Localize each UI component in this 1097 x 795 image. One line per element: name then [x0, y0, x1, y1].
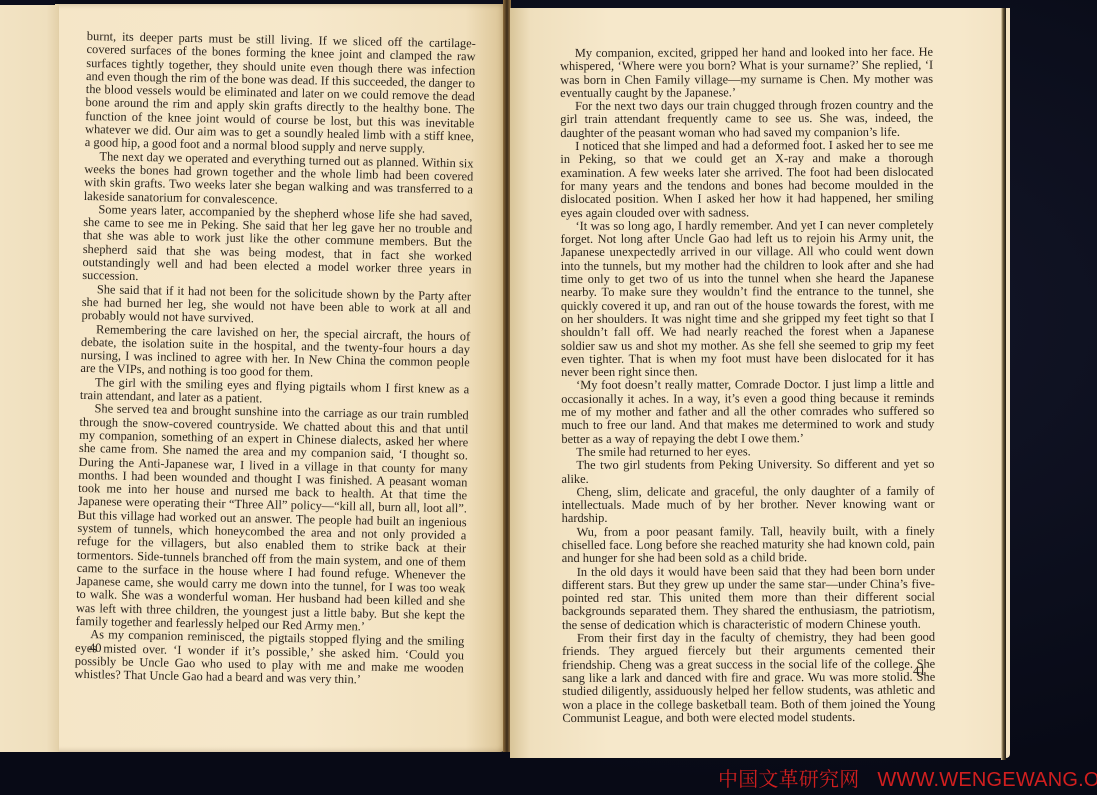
paragraph: Remembering the care lavished on her, th… — [80, 322, 470, 383]
paragraph: The two girl students from Peking Univer… — [561, 458, 934, 486]
paragraph: I noticed that she limped and had a defo… — [560, 139, 933, 220]
watermark-chinese: 中国文革研究网 — [718, 769, 859, 791]
paragraph: For the next two days our train chugged … — [560, 99, 933, 140]
paragraph: ‘It was so long ago, I hardly remember. … — [561, 219, 935, 380]
paragraph: She served tea and brought sunshine into… — [76, 402, 469, 635]
scan-border — [0, 0, 55, 5]
paragraph: The next day we operated and everything … — [84, 150, 474, 211]
right-page-edge — [1001, 8, 1006, 760]
left-page-text: burnt, its deeper parts must be still li… — [74, 30, 475, 689]
paragraph: My companion, excited, gripped her hand … — [560, 46, 933, 100]
paragraph: Some years later, accompanied by the she… — [82, 203, 472, 290]
right-page-text: My companion, excited, gripped her hand … — [560, 46, 935, 725]
paragraph: burnt, its deeper parts must be still li… — [85, 30, 476, 157]
page-number-left: 40 — [89, 641, 102, 656]
watermark: 中国文革研究网WWW.WENGEWANG.ORG — [718, 763, 1097, 792]
paragraph: ‘My foot doesn’t really matter, Comrade … — [561, 378, 934, 446]
paragraph: Wu, from a poor peasant family. Tall, he… — [562, 524, 935, 565]
paragraph: As my companion reminisced, the pigtails… — [74, 628, 464, 689]
paragraph: Cheng, slim, delicate and graceful, the … — [562, 484, 935, 525]
underlying-page-edge — [0, 4, 59, 752]
paragraph: From their first day in the faculty of c… — [562, 631, 935, 725]
paragraph: In the old days it would have been said … — [562, 564, 935, 632]
watermark-url: WWW.WENGEWANG.ORG — [877, 769, 1097, 791]
page-number-right: 41 — [913, 664, 926, 679]
